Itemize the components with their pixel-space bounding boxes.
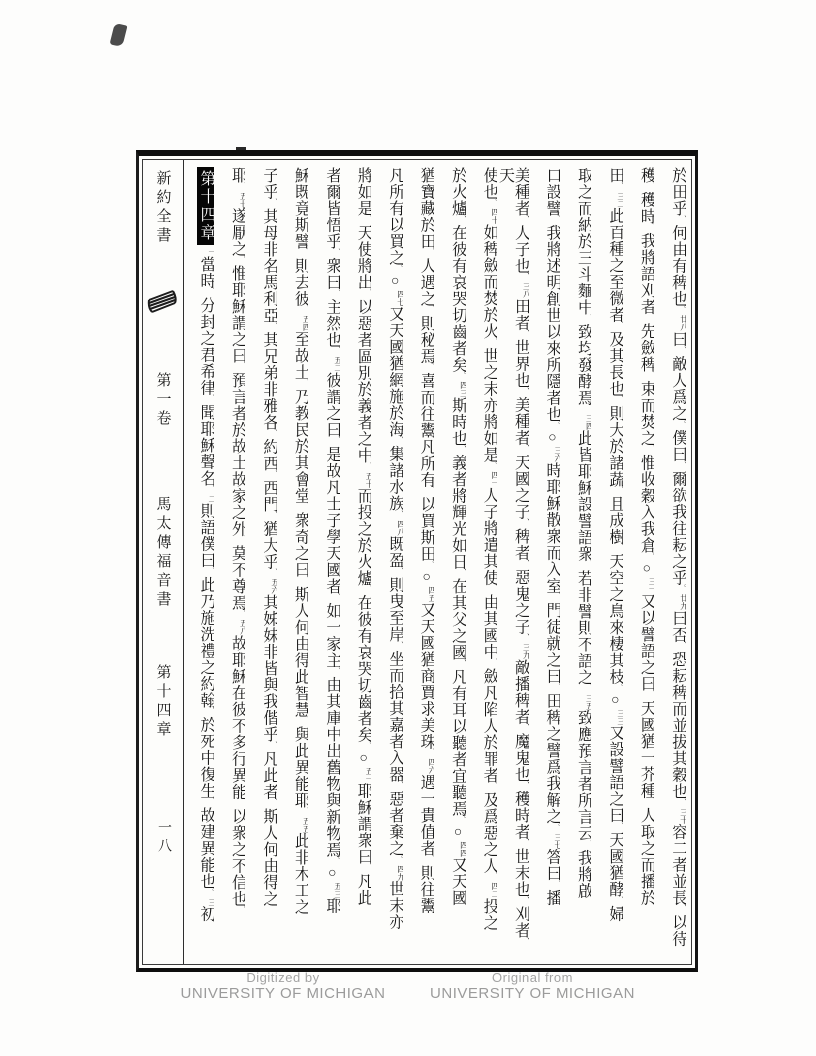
punctuation-mark: 、 <box>616 543 623 551</box>
section-circle-mark: ○ <box>451 825 466 841</box>
punctuation-mark: 、 <box>490 872 497 880</box>
punctuation-mark: 、 <box>616 182 623 190</box>
verse-number: 五五 <box>302 817 308 833</box>
punctuation-mark: 、 <box>522 559 529 567</box>
punctuation-mark: 、 <box>553 215 560 223</box>
punctuation-mark: 、 <box>459 445 466 453</box>
punctuation-mark: 。 <box>490 461 497 469</box>
watermark-digitized: Digitized by UNIVERSITY OF MICHIGAN <box>168 970 398 1002</box>
section-circle-mark: ○ <box>608 693 623 709</box>
page-number: 一八 <box>153 820 173 856</box>
text-column: 猶寶藏於田、人遇之、則秘焉、喜而往鬻凡所有、以買斯田。○四五又天國猶商賈求美珠、… <box>404 167 434 957</box>
text-column: 穌既竟斯譬、則去彼、五四至故土、乃教民於其會堂、衆奇之曰、斯人何由得此智慧、與此… <box>278 167 308 957</box>
punctuation-mark: 。 <box>616 683 623 691</box>
punctuation-mark: 、 <box>207 287 214 295</box>
verse-number: 三一 <box>648 577 654 593</box>
punctuation-mark: 、 <box>301 502 308 510</box>
watermark-original-from: Original from <box>415 970 650 985</box>
verse-number: 三三 <box>617 709 623 725</box>
section-circle-mark: ○ <box>325 866 340 882</box>
watermark-university-right: UNIVERSITY OF MICHIGAN <box>415 985 650 1002</box>
verse-number: 一 <box>208 248 214 256</box>
punctuation-mark: 、 <box>427 748 434 756</box>
verse-number: 三二 <box>617 192 623 208</box>
verse-number: 四九 <box>397 865 403 881</box>
punctuation-mark: 、 <box>301 576 308 584</box>
punctuation-mark: 、 <box>427 248 434 256</box>
punctuation-mark: 、 <box>522 518 529 526</box>
punctuation-mark: 、 <box>301 248 308 256</box>
punctuation-mark: 、 <box>427 363 434 371</box>
punctuation-mark: 、 <box>301 379 308 387</box>
punctuation-mark: 、 <box>238 535 245 543</box>
punctuation-mark: 、 <box>207 920 214 928</box>
punctuation-mark: 、 <box>364 289 371 297</box>
punctuation-mark: 、 <box>522 633 529 641</box>
punctuation-mark: 、 <box>679 904 686 912</box>
text-column: 於火爐、在彼有哀哭切齒者矣。四三斯時也、義者將輝光如日、在其父之國、凡有耳以聽者… <box>436 167 466 957</box>
punctuation-mark: 、 <box>301 716 308 724</box>
punctuation-mark: 、 <box>522 272 529 280</box>
punctuation-mark: 、 <box>396 641 403 649</box>
verse-number: 三七 <box>554 833 560 849</box>
text-column: 口設譬、我將述明創世以來所隱者也。○三六時耶穌散衆而入室、門徒就之曰、田稗之譬爲… <box>530 167 560 957</box>
text-column: 子乎、其母非名馬利亞、其兄弟非雅各、約西、西門、猶大乎、五六其姊妹非皆與我偕乎、… <box>247 167 277 957</box>
punctuation-mark: 、 <box>333 248 340 256</box>
punctuation-mark: 、 <box>270 429 277 437</box>
punctuation-mark: 、 <box>522 937 529 945</box>
punctuation-mark: 、 <box>427 855 434 863</box>
text-column: 於田乎、何由有稗也。廿八曰、敵人爲之。僕曰、爾欲我往耘之乎。廿九曰否、恐耘稗而並… <box>656 167 686 957</box>
chapter-heading-label: 第十四章 <box>197 167 214 245</box>
verse-number: 五二 <box>334 356 340 372</box>
punctuation-mark: 。 <box>553 823 560 831</box>
punctuation-mark: 、 <box>522 329 529 337</box>
punctuation-mark: 、 <box>364 462 371 470</box>
punctuation-mark: 、 <box>270 198 277 206</box>
verse-number: 五三 <box>334 882 340 898</box>
punctuation-mark: 、 <box>364 585 371 593</box>
punctuation-mark: 、 <box>207 707 214 715</box>
punctuation-mark: 。 <box>396 264 403 272</box>
punctuation-mark: 、 <box>584 840 591 848</box>
punctuation-mark: 、 <box>270 322 277 330</box>
punctuation-mark: 、 <box>396 436 403 444</box>
punctuation-mark: 、 <box>490 782 497 790</box>
chapter-running-head: 第十四章 <box>153 664 174 740</box>
punctuation-mark: 、 <box>490 658 497 666</box>
punctuation-mark: 、 <box>207 797 214 805</box>
punctuation-mark: 、 <box>522 387 529 395</box>
punctuation-mark: 、 <box>270 470 277 478</box>
punctuation-mark: 。 <box>459 371 466 379</box>
punctuation-mark: 。 <box>679 305 686 313</box>
verse-number: 廿九 <box>680 594 686 610</box>
punctuation-mark: 、 <box>238 182 245 190</box>
page-border-frame: 新約全書 第一卷 馬太傳福音書 第十四章 一八 <box>136 150 698 972</box>
punctuation-mark: 、 <box>647 371 654 379</box>
punctuation-mark: 、 <box>584 314 591 322</box>
punctuation-mark: 、 <box>647 313 654 321</box>
punctuation-mark: 、 <box>616 321 623 329</box>
book-title: 新約全書 <box>153 170 174 246</box>
punctuation-mark: 、 <box>616 822 623 830</box>
punctuation-mark: 、 <box>584 560 591 568</box>
punctuation-mark: 、 <box>522 838 529 846</box>
verse-number: 四四 <box>460 841 466 857</box>
punctuation-mark: 、 <box>270 511 277 519</box>
verse-number: 三十 <box>680 808 686 824</box>
punctuation-mark: 、 <box>679 461 686 469</box>
text-column: 將如是、天使將出、以惡者區別於義者之中、五十而投之於火爐、在彼有哀哭切齒者矣。○… <box>341 167 371 957</box>
punctuation-mark: 、 <box>490 584 497 592</box>
punctuation-mark: 、 <box>333 289 340 297</box>
section-circle-mark: ○ <box>545 431 560 447</box>
verse-number: 五七 <box>239 192 245 208</box>
punctuation-mark: 、 <box>522 444 529 452</box>
text-columns: 於田乎、何由有稗也。廿八曰、敵人爲之。僕曰、爾欲我往耘之乎。廿九曰否、恐耘稗而並… <box>184 167 686 957</box>
punctuation-mark: 、 <box>679 346 686 354</box>
verse-number: 四十 <box>491 208 497 224</box>
watermark-university-left: UNIVERSITY OF MICHIGAN <box>168 985 398 1002</box>
verse-number: 三六 <box>554 446 560 462</box>
punctuation-mark: 、 <box>647 690 654 698</box>
punctuation-mark: 、 <box>238 362 245 370</box>
punctuation-mark: 、 <box>647 797 654 805</box>
punctuation-mark: 、 <box>459 568 466 576</box>
punctuation-mark: 、 <box>522 781 529 789</box>
punctuation-mark: 、 <box>616 486 623 494</box>
punctuation-mark: 、 <box>364 863 371 871</box>
punctuation-mark: 。 <box>333 856 340 864</box>
punctuation-mark: 、 <box>584 684 591 692</box>
punctuation-mark: 、 <box>647 223 654 231</box>
punctuation-mark: 。 <box>238 255 245 263</box>
verse-number: 五四 <box>302 315 308 331</box>
punctuation-mark: 、 <box>459 659 466 667</box>
punctuation-mark: 。 <box>238 609 245 617</box>
verse-number: 三八 <box>523 282 529 298</box>
punctuation-mark: 、 <box>396 781 403 789</box>
punctuation-mark: 、 <box>364 215 371 223</box>
punctuation-mark: 、 <box>207 567 214 575</box>
book-name: 馬太傳福音書 <box>153 496 174 610</box>
punctuation-mark: 、 <box>396 510 403 518</box>
punctuation-mark: 、 <box>490 338 497 346</box>
punctuation-mark: 、 <box>616 896 623 904</box>
punctuation-mark: 。 <box>679 420 686 428</box>
punctuation-mark: 。 <box>364 741 371 749</box>
verse-number: 五一 <box>365 767 371 783</box>
text-column: 者爾皆悟乎、衆曰、主然也、五二彼謂之曰、是故凡士子學天國者、如一家主、由其庫中出… <box>310 167 340 957</box>
margin-strip: 新約全書 第一卷 馬太傳福音書 第十四章 一八 <box>143 160 184 964</box>
punctuation-mark: 、 <box>522 723 529 731</box>
verse-number: 三九 <box>523 643 529 659</box>
punctuation-mark: 、 <box>396 567 403 575</box>
verse-number: 五六 <box>271 578 277 594</box>
text-column: 凡所有以買之。○四七又天國猶網施於海、集諸水族、四八既盈、則曳至岸、坐而拾其嘉者… <box>373 167 403 957</box>
section-circle-mark: ○ <box>419 570 434 586</box>
text-column: 穫、穫時、我將語刈者、先斂稗、束而焚之、惟收穀入我倉。○三一又以譬語之曰、天國猶… <box>624 167 654 957</box>
verse-number: 四八 <box>397 520 403 536</box>
text-column: 取之而納於三斗麵中、致均發酵焉、三四此皆耶穌設譬語衆、若非譬則不語之、三五致應預… <box>561 167 591 957</box>
punctuation-mark: 、 <box>427 305 434 313</box>
punctuation-mark: 、 <box>459 215 466 223</box>
punctuation-mark: 、 <box>333 593 340 601</box>
verse-number: 三 <box>208 898 214 906</box>
page-border-inner-line: 新約全書 第一卷 馬太傳福音書 第十四章 一八 <box>142 159 692 965</box>
punctuation-mark: 、 <box>522 215 529 223</box>
punctuation-mark: 、 <box>679 798 686 806</box>
verse-number: 四三 <box>460 381 466 397</box>
verse-number: 四六 <box>428 758 434 774</box>
text-column: 第十四章一當時、分封之君希律、聞耶穌聲名、二則語僕曰、此乃施洗禮之約翰、於死中復… <box>184 167 214 957</box>
verse-number: 三四 <box>585 414 591 430</box>
text-column: 使也。四十如稗斂而焚於火、世之末亦將如是。四一人子將遣其使、由其國中、斂凡陷人於… <box>467 167 497 957</box>
punctuation-mark: 。 <box>427 560 434 568</box>
verse-number: 四五 <box>428 586 434 602</box>
punctuation-mark: 、 <box>301 807 308 815</box>
punctuation-mark: 、 <box>522 896 529 904</box>
punctuation-mark: 、 <box>301 305 308 313</box>
verse-number: 四二 <box>491 882 497 898</box>
sheaf-ornament-icon <box>147 288 177 314</box>
punctuation-mark: 、 <box>553 683 560 691</box>
punctuation-mark: 、 <box>647 182 654 190</box>
punctuation-mark: 、 <box>333 667 340 675</box>
punctuation-mark: 、 <box>553 880 560 888</box>
punctuation-mark: 、 <box>270 568 277 576</box>
punctuation-mark: 、 <box>679 641 686 649</box>
punctuation-mark: 。 <box>647 552 654 560</box>
text-column: 美種者、人子也、三八田者、世界也、美種者、天國之子、稗者、惡鬼之子、三九敵播稗者… <box>499 167 529 957</box>
punctuation-mark: 、 <box>270 741 277 749</box>
punctuation-mark: 。 <box>459 815 466 823</box>
text-column: 耶、五七遂厭之。惟耶穌謂之曰、預言者於故土故家之外、莫不尊焉。五八故耶穌在彼不多… <box>215 167 245 957</box>
verse-number: 五八 <box>239 619 245 635</box>
punctuation-mark: 、 <box>616 395 623 403</box>
punctuation-mark: 、 <box>270 798 277 806</box>
punctuation-mark: 、 <box>333 346 340 354</box>
punctuation-mark: 、 <box>679 215 686 223</box>
verse-number: 五十 <box>365 472 371 488</box>
text-column: 田、三二此百種之至微者、及其長也、則大於諸蔬、且成樹、天空之鳥來棲其枝。○三三又… <box>593 167 623 957</box>
punctuation-mark: 。 <box>238 905 245 913</box>
punctuation-mark: 、 <box>207 394 214 402</box>
watermark-original: Original from UNIVERSITY OF MICHIGAN <box>415 970 650 1002</box>
scan-noise-mark <box>110 23 128 47</box>
punctuation-mark: 、 <box>647 445 654 453</box>
punctuation-mark: 、 <box>584 404 591 412</box>
punctuation-mark: 。 <box>490 198 497 206</box>
punctuation-mark: 、 <box>427 486 434 494</box>
section-circle-mark: ○ <box>639 562 654 578</box>
verse-number: 四七 <box>397 290 403 306</box>
punctuation-mark: 、 <box>333 436 340 444</box>
section-circle-mark: ○ <box>388 274 403 290</box>
verse-number: 廿八 <box>680 315 686 331</box>
volume-label: 第一卷 <box>153 372 174 429</box>
punctuation-mark: 。 <box>396 855 403 863</box>
punctuation-mark: 。 <box>679 584 686 592</box>
verse-number: 二 <box>208 495 214 503</box>
watermark-digitized-by: Digitized by <box>168 970 398 985</box>
punctuation-mark: 、 <box>553 592 560 600</box>
punctuation-mark: 。 <box>207 888 214 896</box>
verse-number: 四一 <box>491 471 497 487</box>
punctuation-mark: 。 <box>553 421 560 429</box>
punctuation-mark: 、 <box>207 485 214 493</box>
punctuation-mark: 、 <box>238 798 245 806</box>
verse-number: 三五 <box>585 694 591 710</box>
section-circle-mark: ○ <box>356 751 371 767</box>
